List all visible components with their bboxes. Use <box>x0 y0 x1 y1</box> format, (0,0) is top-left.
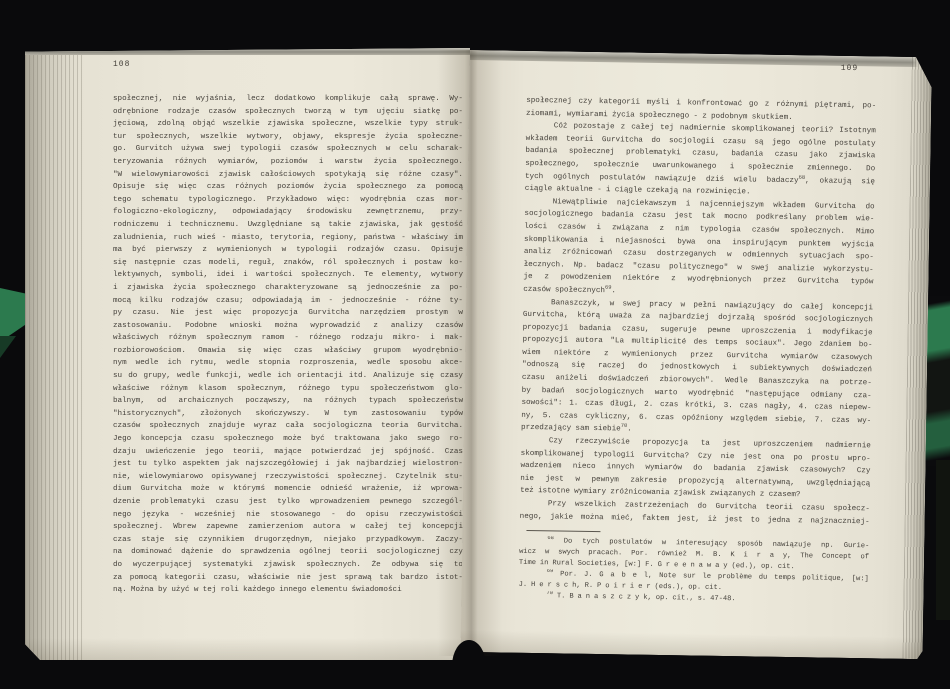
text-line: właściwych różnym społecznym ramom - róż… <box>113 332 463 345</box>
page-stack-edge-left <box>25 48 83 660</box>
text-line: czas staje się czynnikiem drugorzędnym, … <box>113 534 463 547</box>
text-line: społecznej, nie wyjaśnia, lecz dodatkowo… <box>113 93 463 106</box>
dark-backdrop-right <box>936 460 950 620</box>
text-line: właściwe różnym klasom społecznym, różne… <box>113 383 463 396</box>
text-line: jest tu tylko aspektem jak najszczegółow… <box>113 458 463 471</box>
text-line: nie, wielowymiarowo opisywanej rzeczywis… <box>113 471 463 484</box>
footnote-separator-rule <box>526 530 600 532</box>
text-line: do wyczerpującej systematyki zjawisk spo… <box>113 559 463 572</box>
text-line: tur społecznych, wszelkie wytwory, objaw… <box>113 131 463 144</box>
text-line: go. Gurvitch używa swej typologii czasów… <box>113 143 463 156</box>
book-scan-photo: 108 społecznej, nie wyjaśnia, lecz dodat… <box>0 0 950 689</box>
text-line: dium Gurvitcha może w którymś momencie o… <box>113 483 463 496</box>
text-line: za pomocą kategorii czasu, właściwie nie… <box>113 572 463 585</box>
text-line: ma być pierwszy z wymienionych w typolog… <box>113 244 463 257</box>
text-line: rodniczemu i technicznemu. Uwzględniane … <box>113 219 463 232</box>
text-line: odrębnione rodzaje czasów społecznych tw… <box>113 106 463 119</box>
footnote-ref: 68 <box>547 536 554 541</box>
footnote-ref: 68 <box>799 174 806 180</box>
page-number-right: 109 <box>841 64 859 73</box>
text-line: tego schematu typologicznego. Przykładow… <box>113 194 463 207</box>
text-line: "W wielowymiarowości zjawisk całościowyc… <box>113 169 463 182</box>
text-line: su do grupy, wedle funkcji, wedle ich or… <box>113 370 463 383</box>
text-line: dzenie problematyki czasu jest tylko wpr… <box>113 496 463 509</box>
text-line: Opisuje się więc czas różnych poziomów ż… <box>113 181 463 194</box>
right-page: 109 społecznej czy kategorii myśli i kon… <box>461 50 932 659</box>
page-number-left: 108 <box>113 60 130 69</box>
book-top-edge-left <box>25 48 470 55</box>
text-line: rozbiorowościom. Omawia się więc czas wł… <box>113 345 463 358</box>
text-line: py czasu. Nie jest więc propozycja Gurvi… <box>113 307 463 320</box>
text-line: Jego koncepcja czasu społecznego może by… <box>113 433 463 446</box>
text-line: społecznej. Wbrew zapewne zamierzeniom a… <box>113 521 463 534</box>
text-line: czasów społecznych znajduje wyraz cała s… <box>113 420 463 433</box>
book-top-edge-right <box>470 50 932 67</box>
text-line: "historycznych", złożonych skończywszy. … <box>113 408 463 421</box>
text-line: i zjawiska życia społecznego charakteryz… <box>113 282 463 295</box>
text-line: fologiczno-ekologiczny, odpowiadający śr… <box>113 206 463 219</box>
text-line: ną. Można by użyć w tej roli każdego inn… <box>113 584 463 597</box>
text-line: jęciową, zdolną objąć wszelkie zjawiska … <box>113 118 463 131</box>
text-line: lektywnych, symboli, idei i wartości spo… <box>113 269 463 282</box>
text-line: zaludnienia, ruch wieś - miasto, terytor… <box>113 232 463 245</box>
text-line: zastosowaniu. Podobne wnioski można wypr… <box>113 320 463 333</box>
left-page: 108 społecznej, nie wyjaśnia, lecz dodat… <box>25 48 470 660</box>
green-backdrop-right <box>924 296 950 466</box>
text-line: teryzowania różnych wymiarów, poziomów i… <box>113 156 463 169</box>
footnote-ref: 70 <box>546 591 553 596</box>
page-bottom-shade-right <box>461 630 923 659</box>
text-line: na dominować dążenie do sprawdzenia ogól… <box>113 546 463 559</box>
text-line: balnym, od archaicznych począwszy, na ró… <box>113 395 463 408</box>
left-page-text: społecznej, nie wyjaśnia, lecz dodatkowo… <box>113 93 463 597</box>
text-line: się następnie czas modeli, reguł, znaków… <box>113 257 463 270</box>
footnote-ref: 70 <box>621 423 628 429</box>
text-line: nego języka - wcześniej nie stosowanego … <box>113 509 463 522</box>
right-page-text: społecznej czy kategorii myśli i konfron… <box>520 95 877 529</box>
footnote-ref: 69 <box>605 285 612 291</box>
green-backdrop-left-shadow <box>0 336 16 358</box>
page-bottom-shade-left <box>25 638 470 660</box>
footnote-ref: 69 <box>547 569 554 574</box>
text-line: dzaju uwieńczenie jego teorii, mające po… <box>113 446 463 459</box>
right-page-footnotes: 68 Do tych postulatów w interesujący spo… <box>518 536 869 607</box>
text-line: mocą kilku rodzajów czasu; odpowiadają i… <box>113 295 463 308</box>
text-line: nym wedle ich rytmu, wedle stopnia rozpr… <box>113 357 463 370</box>
